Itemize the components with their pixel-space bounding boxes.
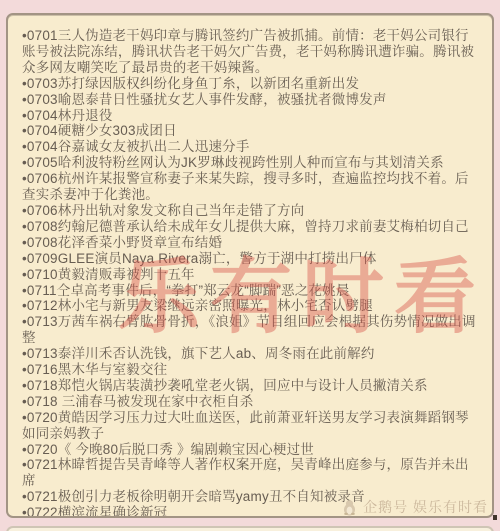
news-item: •0704谷嘉诚女友被扒出二人迅速分手 (22, 139, 478, 155)
next-card-edge (6, 526, 494, 531)
news-item: •0718 三浦春马被发现在家中衣柜自杀 (22, 394, 478, 410)
news-item: •0712林小宅与新男友梁继远亲密照曝光，林小宅否认劈腿 (22, 298, 478, 314)
news-item: •0704硬糖少女303成团日 (22, 123, 478, 139)
news-item: •0705哈利波特粉丝网认为JK罗琳歧视跨性别人种而宣布与其划清关系 (22, 155, 478, 171)
news-card: •0701三人伪造老干妈印章与腾讯签约广告被抓捕。前情：老干妈公司银行账号被法院… (6, 13, 494, 518)
news-item: •0708约翰尼德普承认给未成年女儿提供大麻，曾持刀求前妻艾梅柏切自己 (22, 219, 478, 235)
news-item: •0713泰洋川禾否认洗钱，旗下艺人ab、周冬雨在此前解约 (22, 346, 478, 362)
news-item: •0713万茜车祸右臂肱骨骨折，《浪姐》节目组回应会根据其伤势情况做出调整 (22, 314, 478, 346)
news-list: •0701三人伪造老干妈印章与腾讯签约广告被抓捕。前情：老干妈公司银行账号被法院… (22, 28, 478, 518)
news-item: •0720《 今晚80后脱口秀 》编剧赖宝因心梗过世 (22, 442, 478, 458)
account-credit-label: 企鹅号 娱乐有时看 (363, 497, 488, 517)
news-item: •0716黑木华与室毅交往 (22, 362, 478, 378)
news-item: •0704林丹退役 (22, 108, 478, 124)
news-item: •0703苏打绿因版权纠纷化身鱼丁糸，以新团名重新出发 (22, 76, 478, 92)
news-item: •0701三人伪造老干妈印章与腾讯签约广告被抓捕。前情：老干妈公司银行账号被法院… (22, 28, 478, 76)
account-credit: 企鹅号 娱乐有时看 (341, 497, 488, 517)
news-item: •0718郑恺火锅店装潢抄袭吼堂老火锅，回应中与设计人员撇清关系 (22, 378, 478, 394)
news-item: •0720黄皓因学习压力过大吐血送医，此前萧亚轩送男友学习表演舞蹈钢琴如同亲妈教… (22, 410, 478, 442)
news-item: •0706林丹出轨对象发文称自己当年走错了方向 (22, 203, 478, 219)
news-item: •0721林暐哲提告吴青峰等人著作权案开庭，吴青峰出庭参与，原告并未出席 (22, 457, 478, 489)
news-item: •0711仝卓高考事件后，“拳打”郑云龙“脚踹”恶之花姚晨 (22, 283, 478, 299)
news-item: •0709GLEE演员Naya Rivera溺亡，警方于湖中打捞出尸体 (22, 251, 478, 267)
news-item: •0706杭州许某报警宣称妻子来某失踪，搜寻多时，查遍监控均找不着。后查实杀妻冲… (22, 171, 478, 203)
news-item: •0708花泽香菜小野贤章宣布结婚 (22, 235, 478, 251)
penguin-icon (341, 499, 358, 516)
news-item: •0703喻恩泰昔日性骚扰女艺人事件发酵，被骚扰者微博发声 (22, 92, 478, 108)
news-item: •0710黄毅清贩毒被判十五年 (22, 267, 478, 283)
stray-mark (493, 515, 497, 520)
